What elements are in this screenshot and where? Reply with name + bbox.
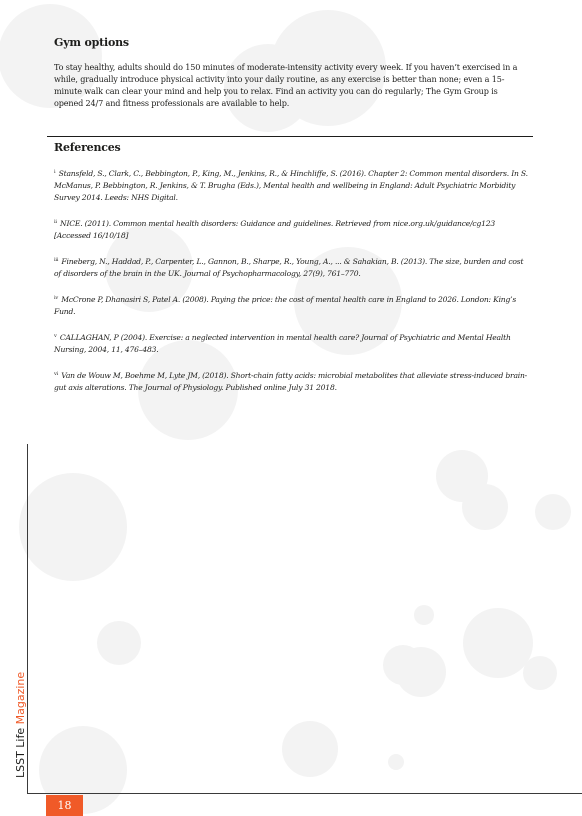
page-frame-horizontal-line	[27, 793, 582, 794]
decorative-bubble	[388, 754, 404, 770]
reference-item: iv McCrone P, Dhanasiri S, Patel A. (200…	[54, 292, 532, 318]
reference-marker: v	[54, 333, 57, 339]
brand-prefix: LSST Life	[14, 724, 27, 778]
decorative-bubble	[19, 473, 127, 581]
reference-marker: vi	[54, 371, 58, 377]
decorative-bubble	[463, 608, 533, 678]
reference-text: CALLAGHAN, P (2004). Exercise: a neglect…	[54, 333, 511, 354]
gym-options-body: To stay healthy, adults should do 150 mi…	[54, 61, 524, 109]
decorative-bubble	[523, 656, 557, 690]
page-number: 18	[46, 795, 83, 816]
magazine-brand: LSST Life Magazine	[14, 672, 27, 778]
references-list: i Stansfeld, S., Clark, C., Bebbington, …	[54, 166, 532, 406]
reference-marker: i	[54, 169, 55, 175]
decorative-bubble	[414, 605, 434, 625]
reference-item: ii NICE. (2011). Common mental health di…	[54, 216, 532, 242]
reference-item: i Stansfeld, S., Clark, C., Bebbington, …	[54, 166, 532, 204]
brand-accent: Magazine	[14, 672, 27, 725]
decorative-bubble	[535, 494, 571, 530]
reference-item: iii Fineberg, N., Haddad, P., Carpenter,…	[54, 254, 532, 280]
reference-item: v CALLAGHAN, P (2004). Exercise: a negle…	[54, 330, 532, 356]
decorative-bubble	[97, 621, 141, 665]
reference-text: NICE. (2011). Common mental health disor…	[54, 219, 495, 240]
decorative-bubble	[396, 647, 446, 697]
decorative-bubble	[462, 484, 508, 530]
reference-text: Stansfeld, S., Clark, C., Bebbington, P.…	[54, 169, 528, 202]
section-divider	[47, 136, 533, 137]
reference-text: Van de Wouw M, Boehme M, Lyte JM, (2018)…	[54, 371, 527, 392]
reference-marker: iv	[54, 295, 58, 301]
gym-options-heading: Gym options	[54, 36, 129, 49]
reference-item: vi Van de Wouw M, Boehme M, Lyte JM, (20…	[54, 368, 532, 394]
reference-marker: ii	[54, 219, 57, 225]
decorative-bubble	[282, 721, 338, 777]
reference-text: Fineberg, N., Haddad, P., Carpenter, L.,…	[54, 257, 523, 278]
reference-text: McCrone P, Dhanasiri S, Patel A. (2008).…	[54, 295, 516, 316]
reference-marker: iii	[54, 257, 58, 263]
references-heading: References	[54, 141, 121, 154]
page-frame-vertical-line	[27, 444, 28, 794]
